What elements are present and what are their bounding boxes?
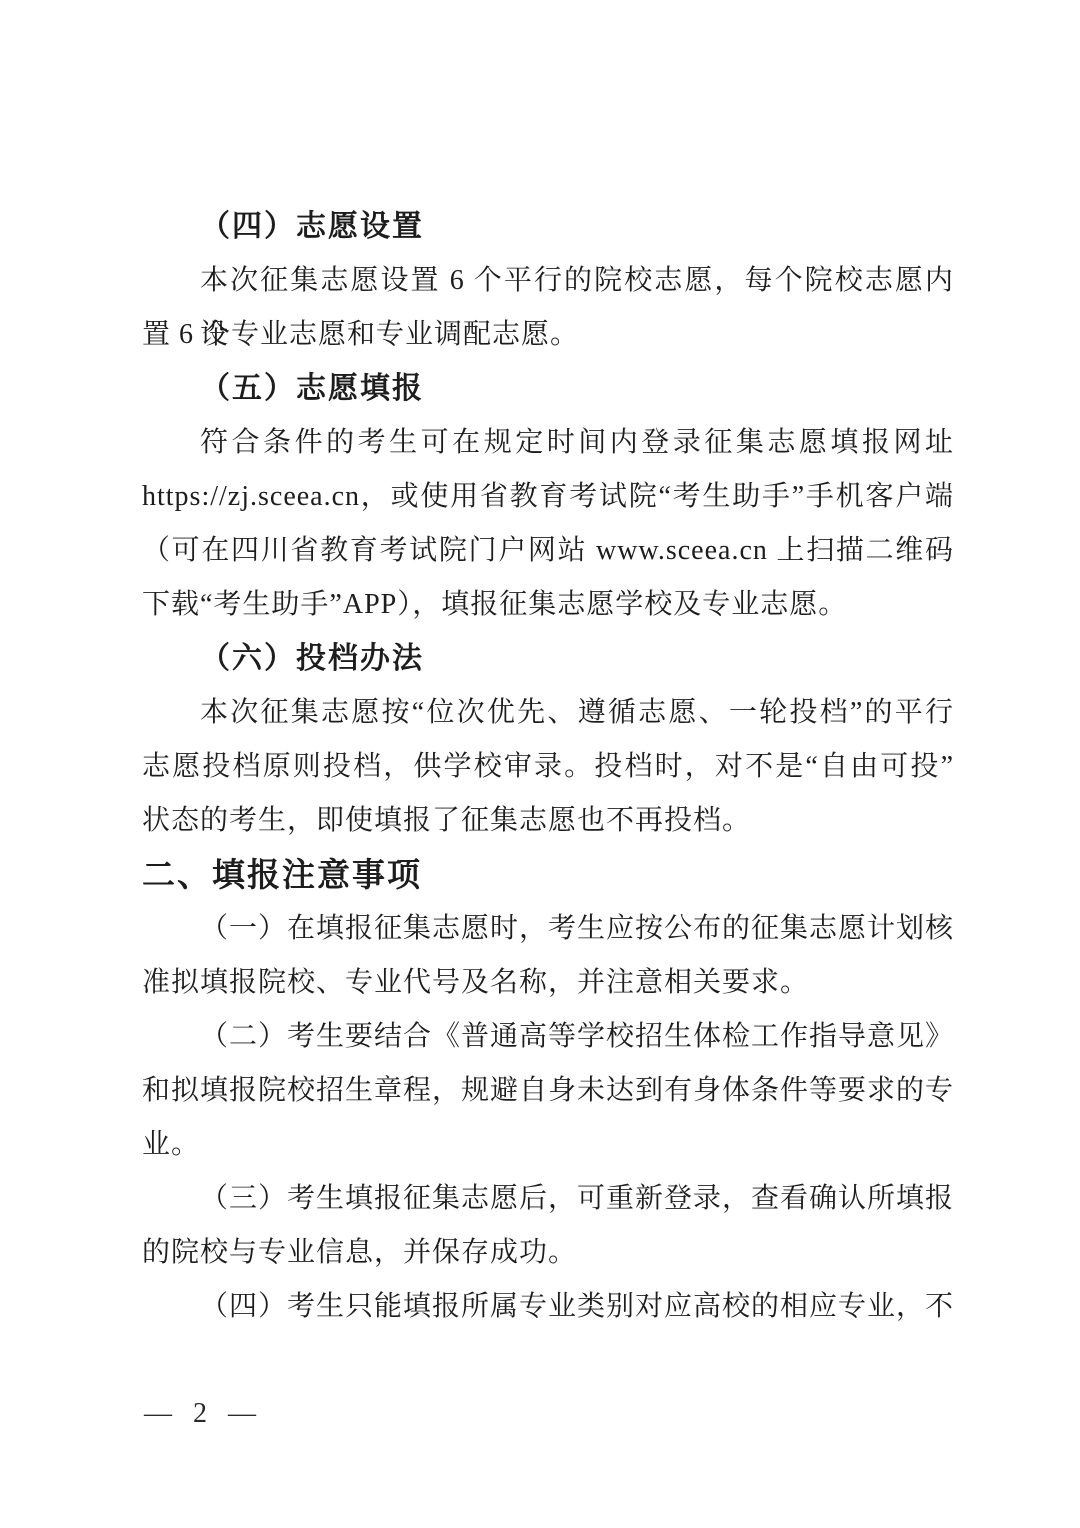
section-heading-notes: 二、填报注意事项 bbox=[142, 848, 954, 902]
paragraph-line: （四）考生只能填报所属专业类别对应高校的相应专业，不 bbox=[142, 1280, 954, 1334]
paragraph-line: 状态的考生，即使填报了征集志愿也不再投档。 bbox=[142, 794, 954, 848]
document-body: （四）志愿设置 本次征集志愿设置 6 个平行的院校志愿，每个院校志愿内设 置 6… bbox=[142, 200, 954, 1334]
paragraph-line: 和拟填报院校招生章程，规避自身未达到有身体条件等要求的专 bbox=[142, 1064, 954, 1118]
subsection-heading-filing-method: （六）投档办法 bbox=[142, 632, 954, 686]
subsection-heading-volunteer-setup: （四）志愿设置 bbox=[142, 200, 954, 254]
paragraph-line: （二）考生要结合《普通高等学校招生体检工作指导意见》 bbox=[142, 1010, 954, 1064]
paragraph-line: 下载“考生助手”APP），填报征集志愿学校及专业志愿。 bbox=[142, 578, 954, 632]
paragraph-line: 本次征集志愿按“位次优先、遵循志愿、一轮投档”的平行 bbox=[142, 686, 954, 740]
paragraph-line-url: （可在四川省教育考试院门户网站 www.sceea.cn 上扫描二维码 bbox=[142, 524, 954, 578]
paragraph-line: 置 6 个专业志愿和专业调配志愿。 bbox=[142, 308, 954, 362]
subsection-heading-volunteer-filing: （五）志愿填报 bbox=[142, 362, 954, 416]
paragraph-line: （三）考生填报征集志愿后，可重新登录，查看确认所填报 bbox=[142, 1172, 954, 1226]
paragraph-line-url: https://zj.sceea.cn，或使用省教育考试院“考生助手”手机客户端 bbox=[142, 470, 954, 524]
paragraph-line: 志愿投档原则投档，供学校审录。投档时，对不是“自由可投” bbox=[142, 740, 954, 794]
paragraph-line: 本次征集志愿设置 6 个平行的院校志愿，每个院校志愿内设 bbox=[142, 254, 954, 308]
page-number: — 2 — bbox=[144, 1387, 256, 1441]
paragraph-line: 准拟填报院校、专业代号及名称，并注意相关要求。 bbox=[142, 956, 954, 1010]
document-page: （四）志愿设置 本次征集志愿设置 6 个平行的院校志愿，每个院校志愿内设 置 6… bbox=[0, 0, 1080, 1528]
paragraph-line: 符合条件的考生可在规定时间内登录征集志愿填报网址 bbox=[142, 416, 954, 470]
paragraph-line: 的院校与专业信息，并保存成功。 bbox=[142, 1226, 954, 1280]
paragraph-line: 业。 bbox=[142, 1118, 954, 1172]
paragraph-line: （一）在填报征集志愿时，考生应按公布的征集志愿计划核 bbox=[142, 902, 954, 956]
